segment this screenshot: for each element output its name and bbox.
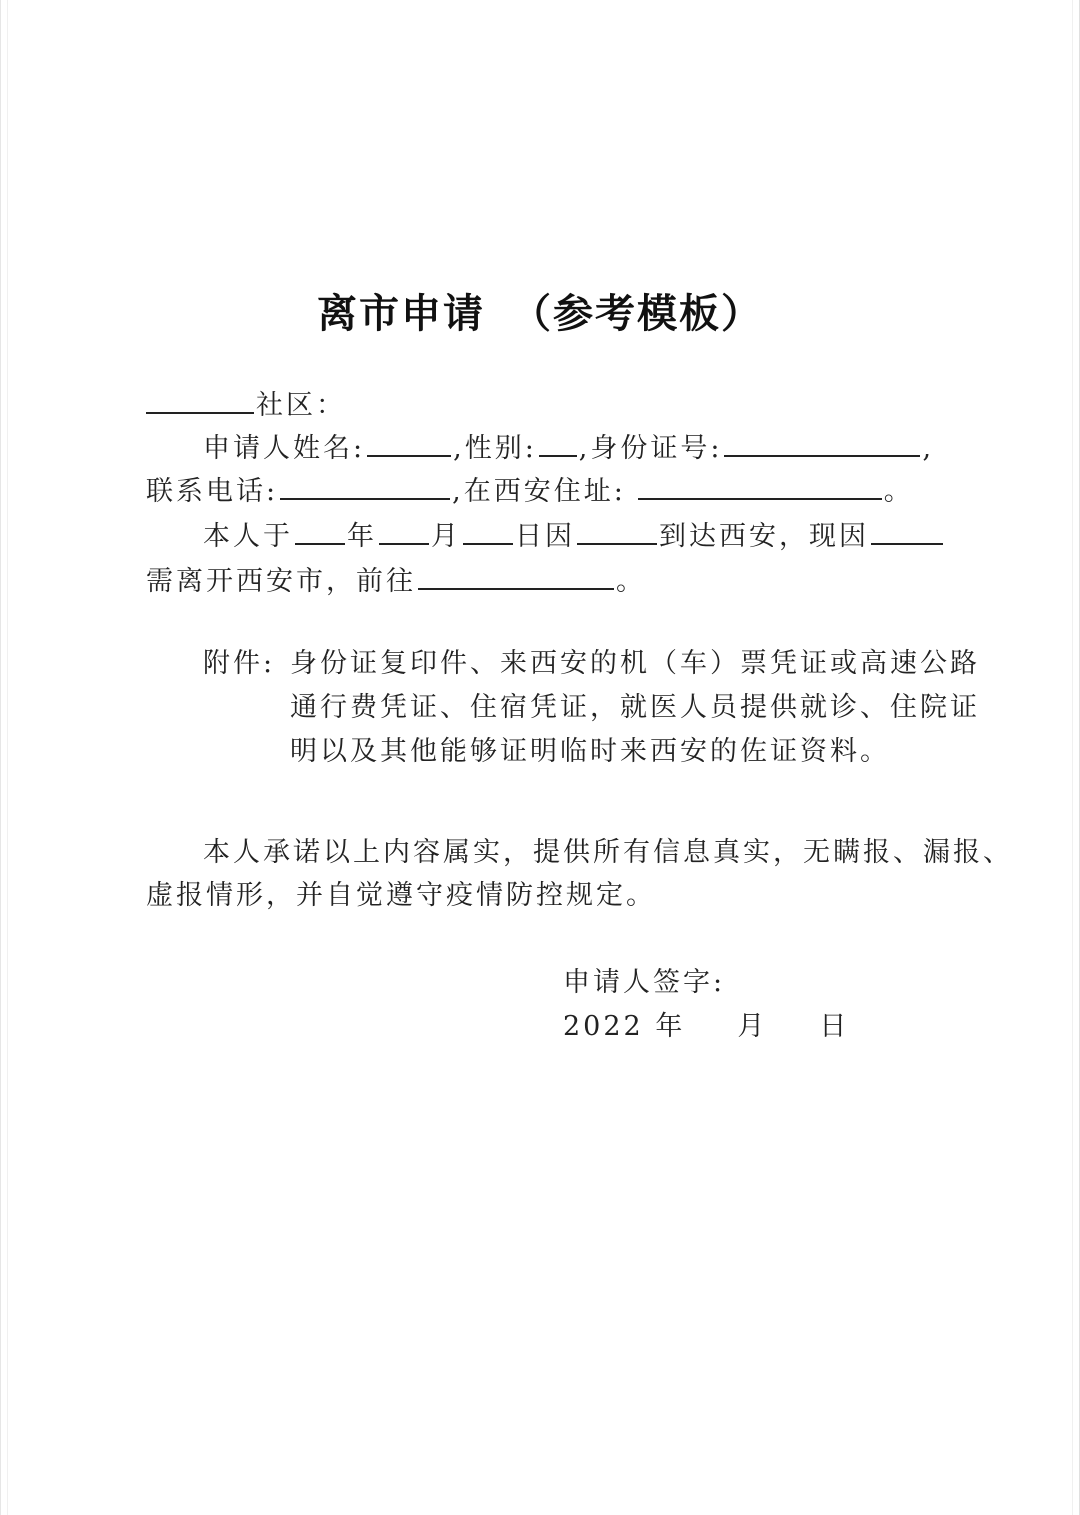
applicant-line: 申请人姓名:,性别:,身份证号:,: [203, 429, 934, 466]
arrival-day-reason: 日因: [515, 521, 575, 552]
community-blank[interactable]: [146, 386, 254, 414]
phone-blank[interactable]: [280, 472, 450, 500]
gender-label: ,性别:: [453, 433, 537, 464]
page-edge-right: [1072, 0, 1080, 1515]
community-label: 社区：: [256, 390, 346, 421]
arrival-month-unit: 月: [431, 521, 461, 552]
destination-blank[interactable]: [418, 562, 614, 590]
name-label: 申请人姓名:: [203, 433, 365, 464]
document-title: 离市申请（参考模板）: [0, 282, 1080, 339]
address-blank[interactable]: [638, 472, 882, 500]
pledge-line-1: 本人承诺以上内容属实，提供所有信息真实，无瞒报、漏报、: [203, 836, 1013, 870]
attachments-line-3: 明以及其他能够证明临时来西安的佐证资料。: [290, 735, 890, 769]
id-label: ,身份证号:: [579, 433, 723, 464]
leave-prefix: 需离开西安市，前往: [146, 566, 416, 597]
title-main: 离市申请: [317, 291, 485, 337]
arrival-reason-blank[interactable]: [577, 517, 657, 545]
arrival-month-blank[interactable]: [379, 517, 429, 545]
pledge-line-2: 虚报情形，并自觉遵守疫情防控规定。: [146, 879, 656, 913]
arrival-year-blank[interactable]: [295, 517, 345, 545]
leave-line: 需离开西安市，前往。: [146, 562, 646, 599]
signature-label: 申请人签字:: [563, 966, 725, 1000]
signature-year: 2022: [563, 1011, 644, 1042]
community-line: 社区：: [146, 386, 346, 423]
title-suffix: （参考模板）: [511, 291, 763, 337]
attachments-label: 附件:: [203, 647, 275, 681]
page-edge-left: [0, 0, 8, 1515]
leave-reason-blank[interactable]: [871, 517, 943, 545]
gender-blank[interactable]: [539, 429, 577, 457]
arrival-prefix: 本人于: [203, 521, 293, 552]
arrival-arrive-text: 到达西安，现因: [659, 521, 869, 552]
id-number-blank[interactable]: [724, 429, 920, 457]
attachments-line-2: 通行费凭证、住宿凭证，就医人员提供就诊、住院证: [290, 691, 980, 725]
arrival-line: 本人于年月日因到达西安，现因: [203, 517, 945, 554]
arrival-year-unit: 年: [347, 521, 377, 552]
contact-line: 联系电话:,在西安住址:。: [146, 472, 914, 509]
address-label: ,在西安住址:: [452, 476, 626, 507]
signature-year-unit: 年: [655, 1011, 685, 1042]
leave-trailing: 。: [616, 566, 646, 597]
name-blank[interactable]: [367, 429, 451, 457]
attachments-line-1: 身份证复印件、来西安的机（车）票凭证或高速公路: [290, 647, 980, 681]
signature-date: 2022 年月日: [563, 1010, 849, 1044]
phone-label: 联系电话:: [146, 476, 278, 507]
signature-day-unit: 日: [819, 1011, 849, 1042]
contact-trailing: 。: [884, 476, 914, 507]
applicant-trailing: ,: [922, 433, 934, 464]
signature-month-unit: 月: [737, 1011, 767, 1042]
arrival-day-blank[interactable]: [463, 517, 513, 545]
